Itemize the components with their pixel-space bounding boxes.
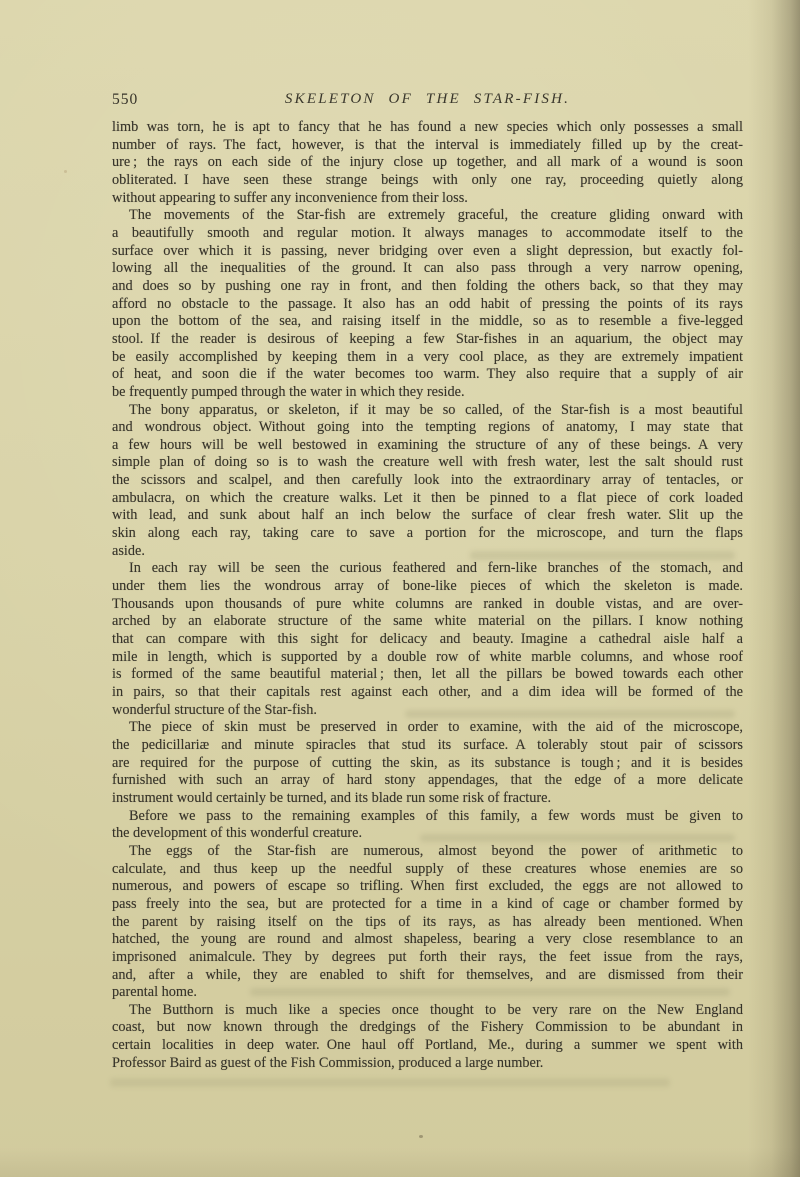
text-line: of heat, and soon die if the water becom… <box>112 366 743 384</box>
text-line: hatched, the young are round and almost … <box>112 931 743 949</box>
text-line: furnished with such an array of hard sto… <box>112 772 743 790</box>
text-line: a few hours will be well bestowed in exa… <box>112 437 743 455</box>
text-line: Thousands upon thousands of pure white c… <box>112 596 743 614</box>
text-line: mile in length, which is supported by a … <box>112 649 743 667</box>
text-line: In each ray will be seen the curious fea… <box>112 560 743 578</box>
text-line: pass freely into the sea, but are protec… <box>112 896 743 914</box>
text-line: in pairs, so that their capitals rest ag… <box>112 684 743 702</box>
book-page-scan: 550 SKELETON OF THE STAR-FISH. limb was … <box>0 0 800 1177</box>
text-line: coast, but now known through the dredgin… <box>112 1019 743 1037</box>
text-line: wonderful structure of the Star-fish. <box>112 702 743 720</box>
text-line: ambulacra, on which the creature walks. … <box>112 490 743 508</box>
text-line: numerous, and powers of escape so trifli… <box>112 878 743 896</box>
text-line: afford no obstacle to the passage. It al… <box>112 296 743 314</box>
text-line: the pedicillariæ and minute spiracles th… <box>112 737 743 755</box>
paper-speck <box>419 1135 423 1138</box>
text-line: ure ; the rays on each side of the injur… <box>112 154 743 172</box>
text-line: number of rays. The fact, however, is th… <box>112 137 743 155</box>
page-body: limb was torn, he is apt to fancy that h… <box>112 119 743 1072</box>
text-line: stool. If the reader is desirous of keep… <box>112 331 743 349</box>
text-line: limb was torn, he is apt to fancy that h… <box>112 119 743 137</box>
text-line: arched by an elaborate structure of the … <box>112 613 743 631</box>
text-line: The bony apparatus, or skeleton, if it m… <box>112 402 743 420</box>
page-edge-shadow <box>748 0 800 1177</box>
text-line: instrument would certainly be turned, an… <box>112 790 743 808</box>
text-line: the scissors and scalpel, and then caref… <box>112 472 743 490</box>
text-line: certain localities in deep water. One ha… <box>112 1037 743 1055</box>
page-bottom-shadow <box>0 1147 800 1177</box>
text-line: calculate, and thus keep up the needful … <box>112 861 743 879</box>
text-line: aside. <box>112 543 743 561</box>
text-line: and, after a while, they are enabled to … <box>112 967 743 985</box>
text-line: The Butthorn is much like a species once… <box>112 1002 743 1020</box>
text-line: parental home. <box>112 984 743 1002</box>
text-line: without appearing to suffer any inconven… <box>112 190 743 208</box>
showthrough-artifact <box>110 1078 670 1087</box>
text-line: be easily accomplished by keeping them i… <box>112 349 743 367</box>
text-line: the parent by raising itself on the tips… <box>112 914 743 932</box>
text-line: upon the bottom of the sea, and raising … <box>112 313 743 331</box>
paper-speck <box>64 170 67 173</box>
text-line: Before we pass to the remaining examples… <box>112 808 743 826</box>
text-line: The piece of skin must be preserved in o… <box>112 719 743 737</box>
text-line: The eggs of the Star-fish are numerous, … <box>112 843 743 861</box>
text-line: simple plan of doing so is to wash the c… <box>112 454 743 472</box>
text-line: surface over which it is passing, never … <box>112 243 743 261</box>
text-line: obliterated. I have seen these strange b… <box>112 172 743 190</box>
text-line: are required for the purpose of cutting … <box>112 755 743 773</box>
text-line: under them lies the wondrous array of bo… <box>112 578 743 596</box>
text-line: Professor Baird as guest of the Fish Com… <box>112 1055 743 1073</box>
text-line: the development of this wonderful creatu… <box>112 825 743 843</box>
text-line: skin along each ray, taking care to save… <box>112 525 743 543</box>
text-line: The movements of the Star-fish are extre… <box>112 207 743 225</box>
text-line: be frequently pumped through the water i… <box>112 384 743 402</box>
text-line: that can compare with this sight for del… <box>112 631 743 649</box>
running-title: SKELETON OF THE STAR-FISH. <box>112 91 743 108</box>
text-line: and wondrous object. Without going into … <box>112 419 743 437</box>
text-line: a beautifully smooth and regular motion.… <box>112 225 743 243</box>
page-header: 550 SKELETON OF THE STAR-FISH. <box>112 91 743 109</box>
text-line: and does so by pushing one ray in front,… <box>112 278 743 296</box>
text-line: imprisoned animalcule. They by degrees p… <box>112 949 743 967</box>
text-line: with lead, and sunk about half an inch b… <box>112 507 743 525</box>
text-line: is formed of the same beautiful material… <box>112 666 743 684</box>
text-line: lowing all the inequalities of the groun… <box>112 260 743 278</box>
